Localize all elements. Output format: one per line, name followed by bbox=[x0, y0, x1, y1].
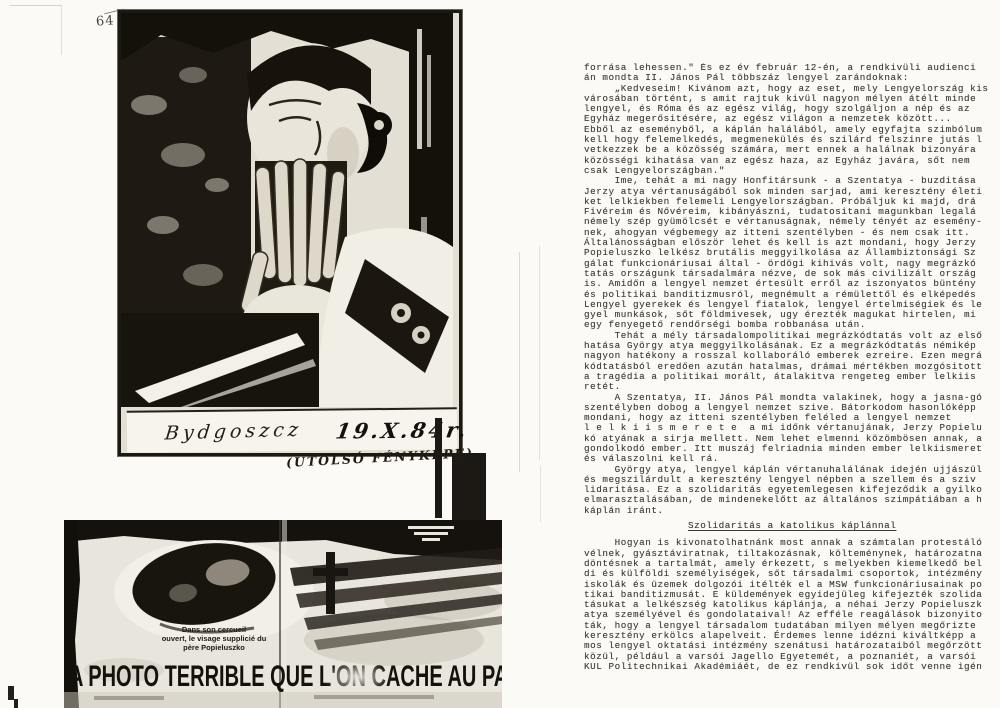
scanned-book-spread: 64 bbox=[0, 0, 1000, 708]
body-text-block-2: Hogyan is kivonatolhatnánk most annak a … bbox=[584, 538, 1000, 672]
scan-speck-1 bbox=[8, 686, 14, 700]
page-fold-line-3 bbox=[540, 466, 541, 522]
page-fold-line-2 bbox=[539, 246, 540, 460]
headline-worn-spot bbox=[322, 660, 392, 694]
photo-caption-band: Bydgoszcz 19.X.84r. bbox=[127, 407, 457, 452]
scan-speck-2 bbox=[14, 699, 18, 708]
photo-frame-bar-wide bbox=[452, 453, 486, 523]
page-number: 64 bbox=[95, 13, 115, 29]
photo-frame-bar-thin bbox=[435, 418, 442, 518]
scan-edge-line-left bbox=[61, 5, 62, 55]
clipping-caption: Dans son cercueil ouvert, le visage supp… bbox=[134, 625, 294, 652]
clipping-headline: A PHOTO TERRIBLE QUE L'ON CACHE AU PAPE bbox=[69, 660, 502, 694]
handwritten-date: 19.X.84r. bbox=[334, 417, 471, 443]
handwritten-place: Bydgoszcz bbox=[164, 419, 304, 445]
typewritten-text-column: forrása lehessen." És ez év február 12-é… bbox=[584, 63, 1000, 708]
page-fold-line-1 bbox=[519, 252, 520, 472]
priest-photo-art bbox=[121, 13, 453, 407]
newspaper-clipping: Dans son cercueil ouvert, le visage supp… bbox=[64, 520, 502, 708]
priest-praying-photo: Bydgoszcz 19.X.84r. bbox=[118, 10, 462, 456]
scan-edge-line-top bbox=[10, 5, 62, 6]
section-heading: Szolidaritás a katolikus káplánnal bbox=[688, 521, 1000, 531]
body-text-block-1: forrása lehessen." És ez év február 12-é… bbox=[584, 63, 1000, 516]
